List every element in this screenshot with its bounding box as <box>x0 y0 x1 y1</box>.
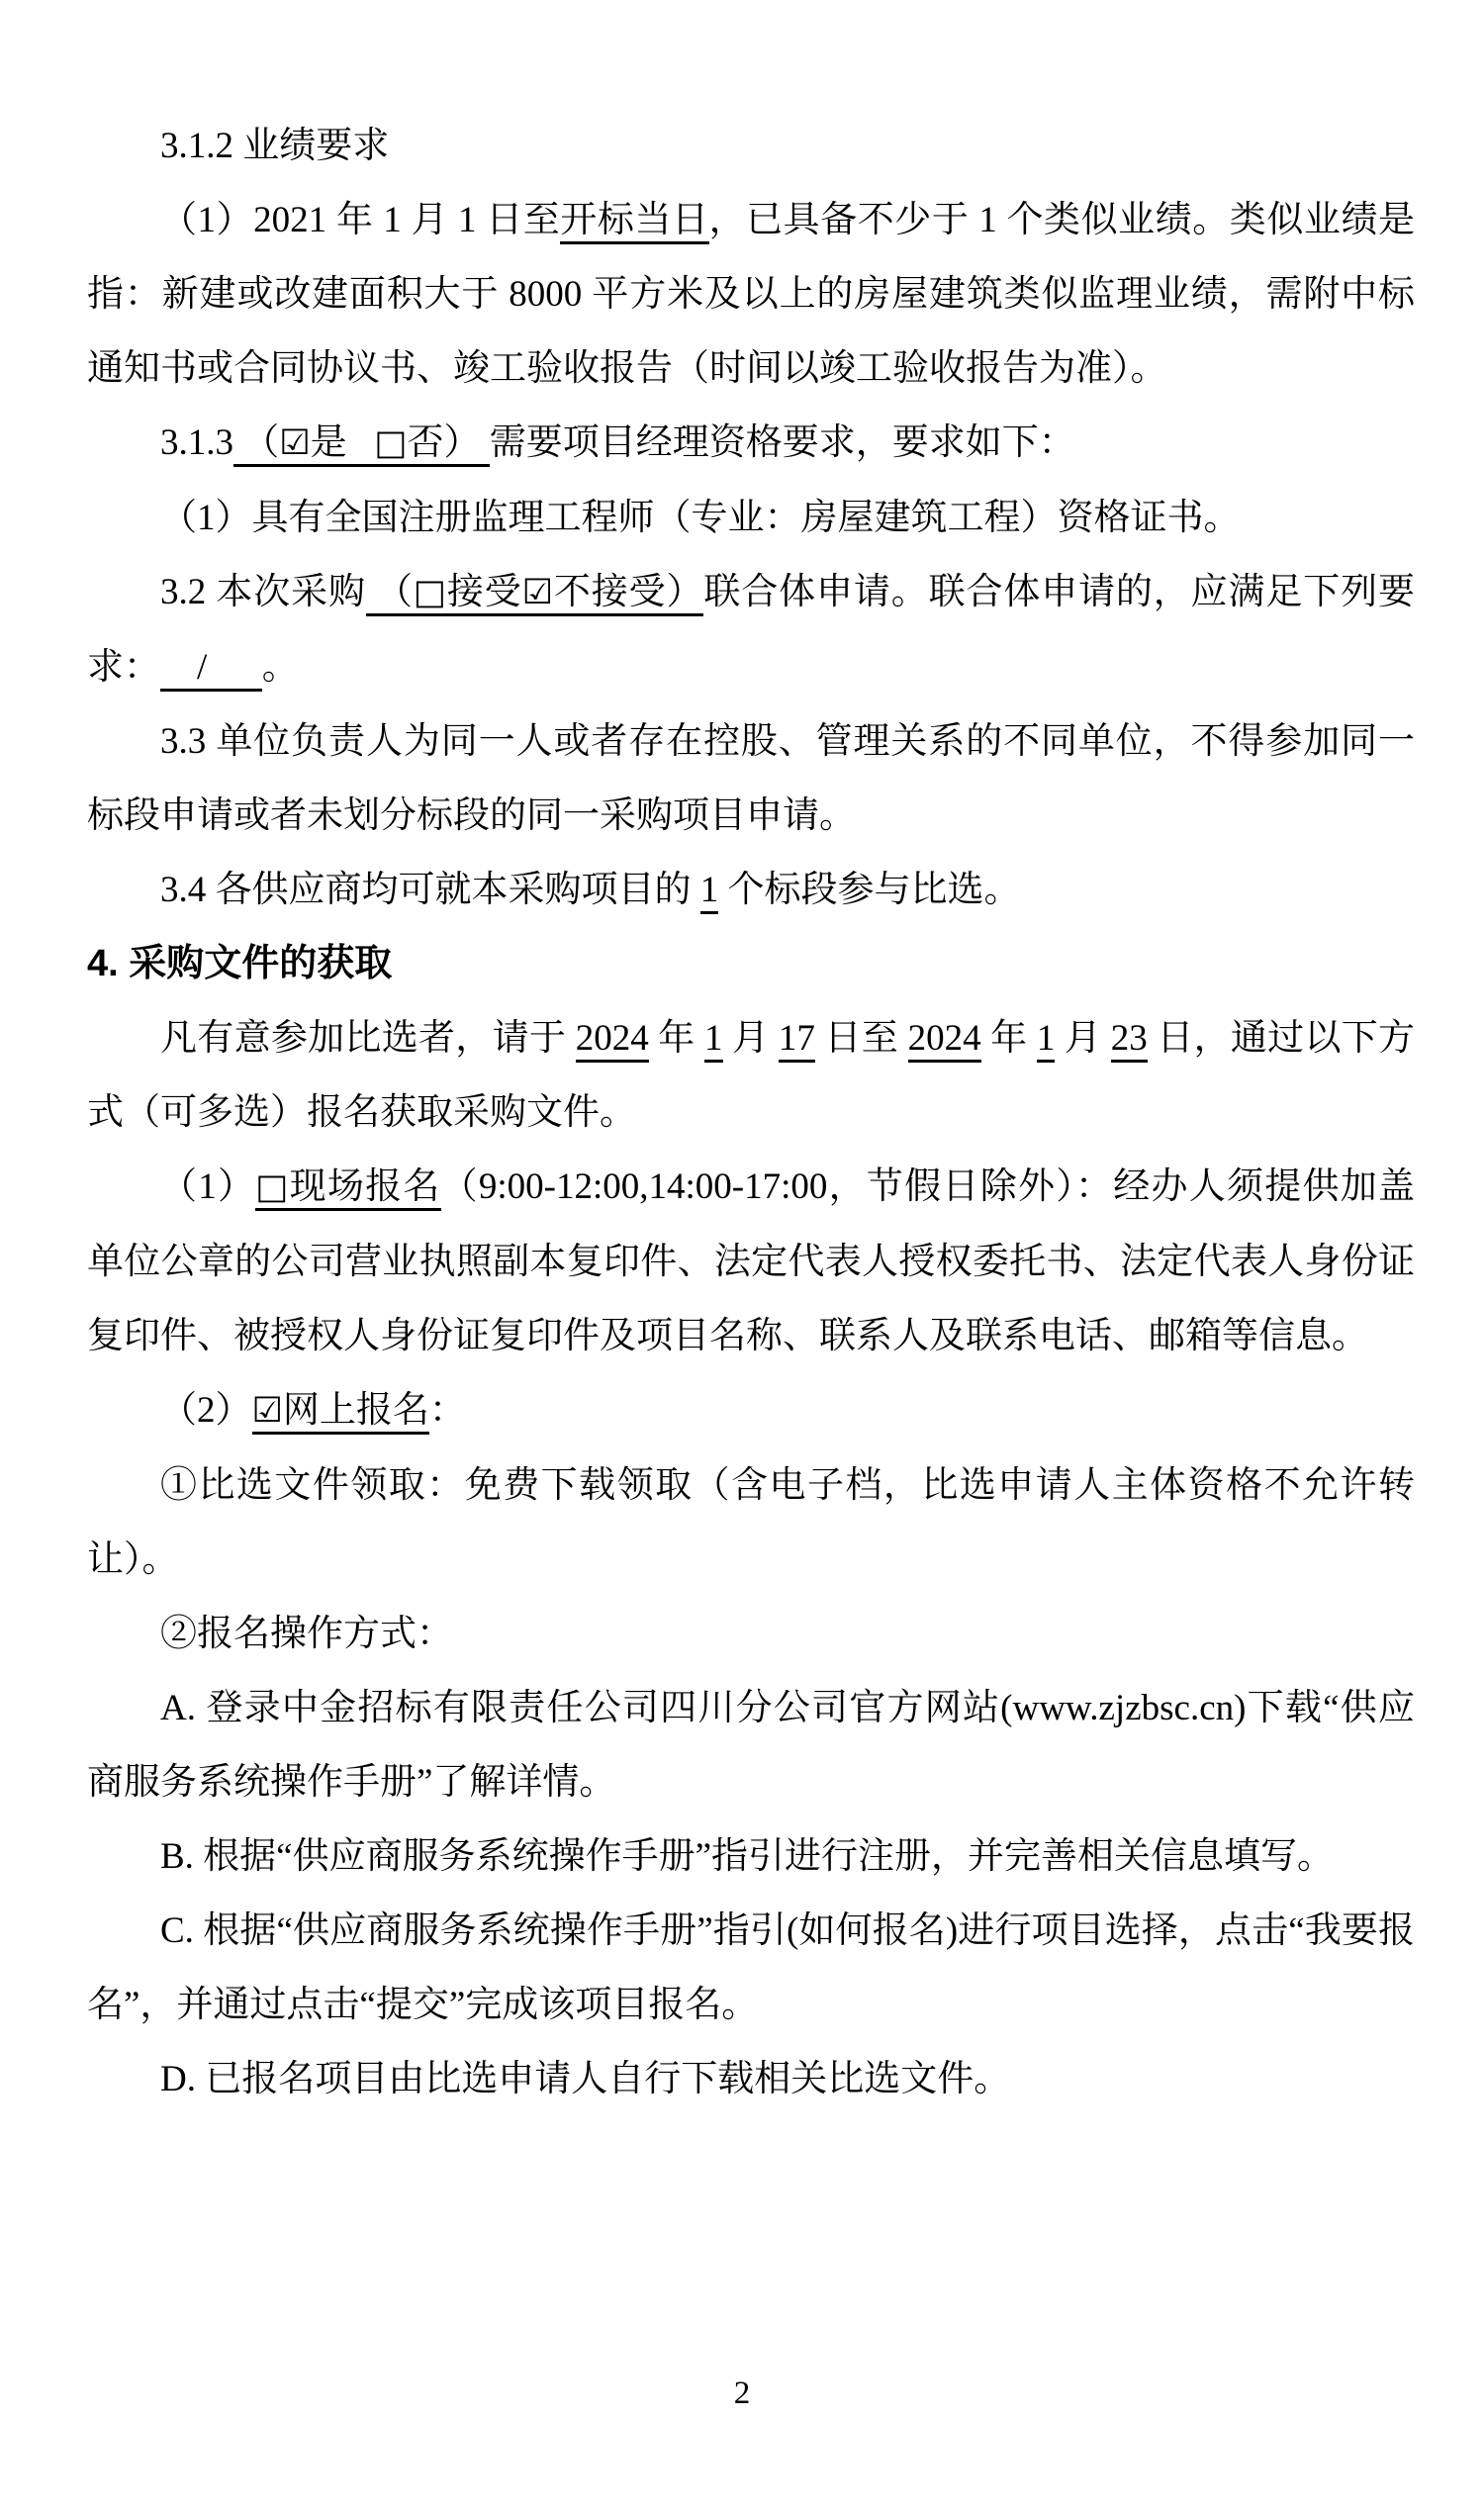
para-onsite-registration: （1）□现场报名（9:00-12:00,14:00-17:00，节假日除外）：经… <box>87 1150 1415 1373</box>
clause-number: 3.1.3 <box>160 422 233 463</box>
section-count-underlined: 1 <box>700 870 719 914</box>
blank-slash-field: / <box>160 647 262 692</box>
yes-no-selection: （☑是 □否） <box>233 422 490 467</box>
para-similar-performance: （1）2021 年 1 月 1 日至开标当日，已具备不少于 1 个类似业绩。类似… <box>87 183 1415 406</box>
text-run: 月 <box>1055 1018 1110 1059</box>
para-3-3-same-entity: 3.3 单位负责人为同一人或者存在控股、管理关系的不同单位，不得参加同一标段申请… <box>87 704 1415 853</box>
checkbox-checked-icon: ☑ <box>279 423 310 463</box>
text-run: 月 <box>723 1018 779 1059</box>
reg-start-year-underlined: 2024 <box>576 1018 649 1063</box>
checkbox-checked-icon: ☑ <box>522 573 553 612</box>
page-number: 2 <box>0 2372 1484 2414</box>
item-number: （2） <box>160 1390 252 1431</box>
document-page: 3.1.2 业绩要求 （1）2021 年 1 月 1 日至开标当日，已具备不少于… <box>0 0 1484 2512</box>
para-step-b-register: B. 根据“供应商服务系统操作手册”指引进行注册，并完善相关信息填写。 <box>87 1819 1415 1894</box>
para-online-registration: （2）☑网上报名： <box>87 1373 1415 1448</box>
para-pm-certificate: （1）具有全国注册监理工程师（专业：房屋建筑工程）资格证书。 <box>87 481 1415 555</box>
text-run: 年 <box>981 1018 1037 1059</box>
online-registration-option: ☑网上报名 <box>252 1390 429 1435</box>
text-run: 3.4 各供应商均可就本采购项目的 <box>160 870 700 910</box>
document-body: 3.1.2 业绩要求 （1）2021 年 1 月 1 日至开标当日，已具备不少于… <box>87 109 1415 2116</box>
text-run: （ <box>366 572 414 612</box>
reg-start-month-underlined: 1 <box>704 1018 723 1063</box>
reject-label: 不接受） <box>553 572 703 612</box>
onsite-registration-option: □现场报名 <box>255 1166 440 1211</box>
text-run: 。 <box>262 647 299 688</box>
reg-start-day-underlined: 17 <box>779 1018 815 1063</box>
para-step-c-project-select: C. 根据“供应商服务系统操作手册”指引(如何报名)进行项目选择，点击“我要报名… <box>87 1894 1415 2042</box>
para-step-1-document-collection: ①比选文件领取：免费下载领取（含电子档，比选申请人主体资格不允许转让）。 <box>87 1448 1415 1597</box>
bid-opening-date-underlined: 开标当日 <box>560 200 708 244</box>
text-run: 3.2 本次采购 <box>160 572 366 612</box>
text-run: 年 <box>649 1018 704 1059</box>
yes-label: 是 <box>311 422 375 463</box>
para-3-1-3-pm-qualification: 3.1.3 （☑是 □否） 需要项目经理资格要求，要求如下： <box>87 406 1415 481</box>
consortium-acceptance-selection: （□接受☑不接受） <box>366 572 703 616</box>
text-run: 需要项目经理资格要求，要求如下： <box>490 422 1075 463</box>
para-3-4-bid-sections: 3.4 各供应商均可就本采购项目的 1 个标段参与比选。 <box>87 853 1415 927</box>
onsite-label: 现场报名 <box>290 1166 441 1207</box>
checkbox-checked-icon: ☑ <box>252 1391 283 1431</box>
no-label: 否） <box>407 422 489 463</box>
reg-end-month-underlined: 1 <box>1037 1018 1056 1063</box>
online-label: 网上报名 <box>283 1390 429 1431</box>
text-run: （ <box>233 422 279 463</box>
text-run: 个标段参与比选。 <box>718 870 1020 910</box>
para-step-a-website: A. 登录中金招标有限责任公司四川分公司官方网站(www.zjzbsc.cn)下… <box>87 1671 1415 1819</box>
text-run: ： <box>429 1390 466 1431</box>
checkbox-unchecked-icon: □ <box>374 423 407 463</box>
para-step-d-download: D. 已报名项目由比选申请人自行下载相关比选文件。 <box>87 2042 1415 2116</box>
text-run: 日至 <box>815 1018 908 1059</box>
text-run: （1）2021 年 1 月 1 日至 <box>160 200 560 240</box>
heading-4-document-acquisition: 4. 采购文件的获取 <box>87 927 1415 1001</box>
para-3-2-consortium: 3.2 本次采购 （□接受☑不接受）联合体申请。联合体申请的，应满足下列要求： … <box>87 555 1415 704</box>
checkbox-unchecked-icon: □ <box>414 573 447 612</box>
reg-end-day-underlined: 23 <box>1111 1018 1148 1063</box>
para-step-2-registration-method: ②报名操作方式： <box>87 1597 1415 1671</box>
checkbox-unchecked-icon: □ <box>255 1167 289 1207</box>
para-registration-period: 凡有意参加比选者，请于 2024 年 1 月 17 日至 2024 年 1 月 … <box>87 1001 1415 1150</box>
heading-3-1-2: 3.1.2 业绩要求 <box>87 109 1415 183</box>
reg-end-year-underlined: 2024 <box>908 1018 981 1063</box>
text-run: 凡有意参加比选者，请于 <box>160 1018 576 1059</box>
item-number: （1） <box>160 1166 255 1207</box>
accept-label: 接受 <box>447 572 522 612</box>
